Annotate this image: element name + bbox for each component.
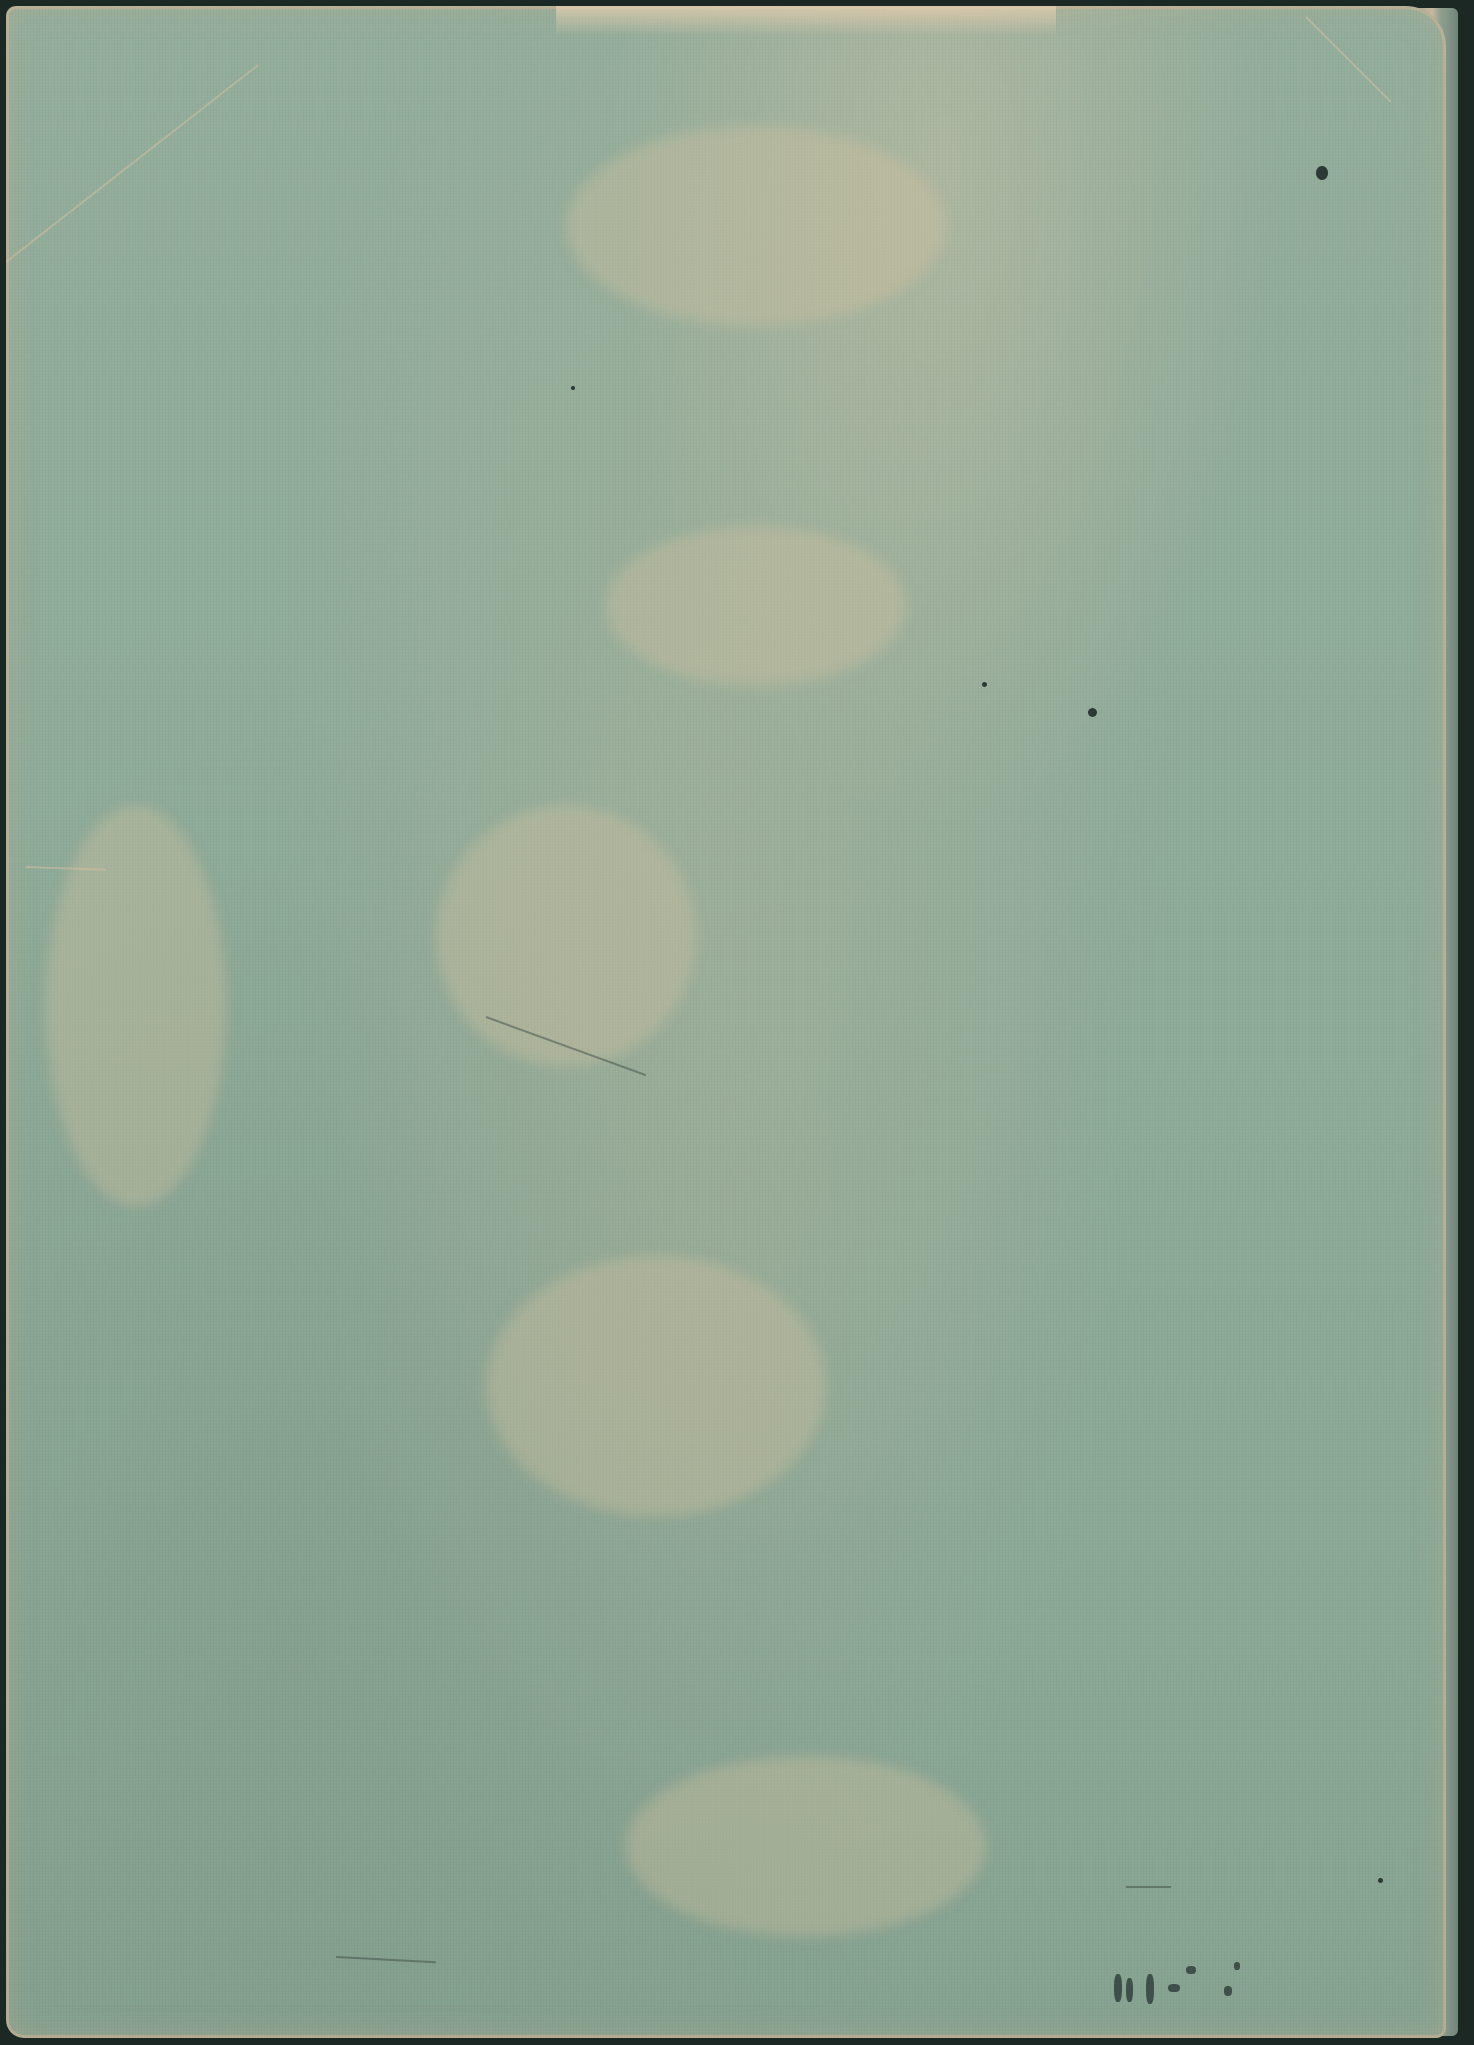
- ink-stamp-mark: [1106, 1966, 1246, 2016]
- book-photo: [0, 0, 1474, 2045]
- wear-patch: [46, 806, 226, 1206]
- wear-patch: [626, 1756, 986, 1936]
- dark-spot: [1316, 166, 1328, 180]
- dark-spot: [982, 682, 987, 687]
- wear-patch: [436, 806, 696, 1066]
- book-back-cover: [6, 6, 1446, 2038]
- wear-patch: [486, 1256, 826, 1516]
- scratch: [1126, 1886, 1171, 1888]
- dark-spot: [571, 386, 575, 390]
- dark-spot: [1088, 708, 1097, 717]
- wear-patch: [566, 126, 946, 326]
- dark-spot: [1378, 1878, 1383, 1883]
- wear-patch: [606, 526, 906, 686]
- top-edge-wear: [556, 6, 1056, 36]
